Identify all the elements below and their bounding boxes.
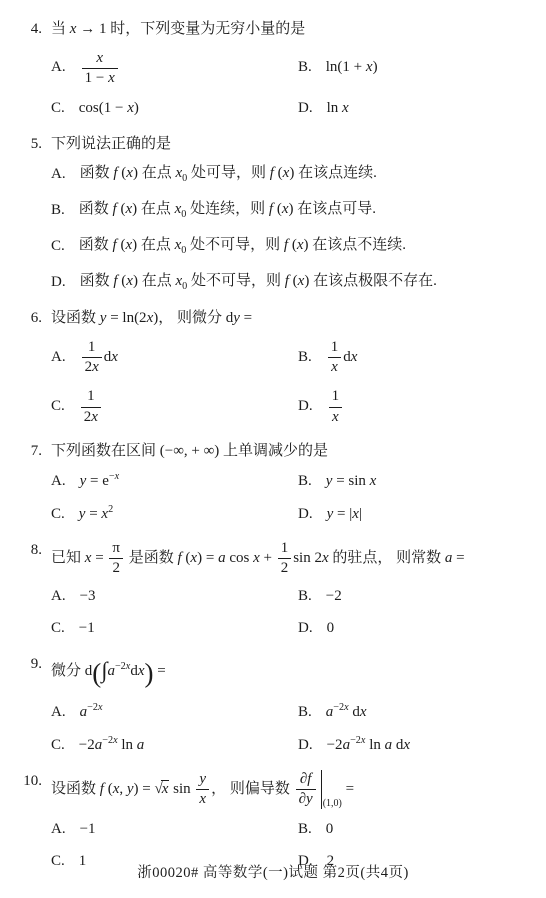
option-label: D. <box>298 504 313 526</box>
option-content: a−2x <box>80 701 103 724</box>
question-number: 7. <box>10 440 42 463</box>
option-label: D. <box>298 396 313 418</box>
option-content: y = |x| <box>327 504 362 526</box>
option-content: y = sin x <box>326 471 377 493</box>
option: D. 函数 f (x) 在点 x0 处不可导，则 f (x) 在该点极限不存在. <box>51 271 526 295</box>
question-text: 下列函数在区间 (−∞, + ∞) 上单调减少的是 <box>51 440 526 463</box>
option: D. ln x <box>298 98 526 120</box>
option: B. 函数 f (x) 在点 x0 处连续，则 f (x) 在该点可导. <box>51 199 526 223</box>
question-stem: 7. 下列函数在区间 (−∞, + ∞) 上单调减少的是 <box>10 440 526 463</box>
option-content: a−2x dx <box>326 701 367 724</box>
question-text: 设函数 f (x, y) = √x sin yx， 则偏导数 ∂f∂y(1,0)… <box>51 770 526 811</box>
option: C. 函数 f (x) 在点 x0 处不可导，则 f (x) 在该点不连续. <box>51 235 526 259</box>
option: B. ln(1 + x) <box>298 57 526 79</box>
option: D. 1x <box>298 387 526 427</box>
option-label: C. <box>51 236 65 258</box>
option-label: A. <box>51 471 66 493</box>
option-content: −2a−2x ln a dx <box>327 734 410 757</box>
question: 8. 已知 x = π2 是函数 f (x) = a cos x + 12sin… <box>10 539 526 640</box>
question-number: 10. <box>10 770 42 811</box>
option: C. cos(1 − x) <box>51 98 298 120</box>
option-content: ln(1 + x) <box>326 57 378 79</box>
option: D. 0 <box>298 618 526 640</box>
option-content: ln x <box>327 98 349 120</box>
option-content: cos(1 − x) <box>79 98 139 120</box>
question-list: 4. 当 x → 1 时，下列变量为无穷小量的是 A. x1 − x B. ln… <box>10 18 526 873</box>
option-content: 12xdx <box>80 338 118 378</box>
option-label: B. <box>298 819 312 841</box>
option: B. 0 <box>298 819 526 841</box>
option: A. 12xdx <box>51 338 298 378</box>
option-label: B. <box>298 471 312 493</box>
option-content: y = e−x <box>80 470 120 493</box>
option: B. a−2x dx <box>298 701 526 724</box>
option: A. −1 <box>51 819 298 841</box>
option-label: A. <box>51 819 66 841</box>
question-stem: 5. 下列说法正确的是 <box>10 133 526 156</box>
option-label: A. <box>51 347 66 369</box>
question-number: 8. <box>10 539 42 579</box>
page-footer: 浙00020# 高等数学(一)试题 第2页(共4页) <box>0 861 546 882</box>
question: 6. 设函数 y = ln(2x)， 则微分 dy = A. 12xdx B. … <box>10 307 526 427</box>
exam-paper: 4. 当 x → 1 时，下列变量为无穷小量的是 A. x1 − x B. ln… <box>0 0 546 898</box>
option-content: 函数 f (x) 在点 x0 处可导，则 f (x) 在该点连续. <box>80 163 377 187</box>
option: B. y = sin x <box>298 471 526 493</box>
option-list: A. x1 − x B. ln(1 + x) C. cos(1 − x) D. … <box>51 49 526 120</box>
option: C. −1 <box>51 618 298 640</box>
option-list: A. a−2x B. a−2x dx C. −2a−2x ln a D. −2a… <box>51 701 526 757</box>
option-content: 函数 f (x) 在点 x0 处连续，则 f (x) 在该点可导. <box>79 199 376 223</box>
option-label: B. <box>298 57 312 79</box>
option-content: y = x2 <box>79 503 113 526</box>
option-content: 1x <box>327 387 345 427</box>
option-content: x1 − x <box>80 49 120 89</box>
option-content: 函数 f (x) 在点 x0 处不可导，则 f (x) 在该点不连续. <box>79 235 406 259</box>
question-number: 4. <box>10 18 42 41</box>
option-list: A. 12xdx B. 1xdx C. 12x D. 1x <box>51 338 526 427</box>
question-stem: 4. 当 x → 1 时，下列变量为无穷小量的是 <box>10 18 526 41</box>
option-label: B. <box>51 200 65 222</box>
question-stem: 8. 已知 x = π2 是函数 f (x) = a cos x + 12sin… <box>10 539 526 579</box>
question-text: 下列说法正确的是 <box>51 133 526 156</box>
option: A. y = e−x <box>51 470 298 493</box>
question-text: 已知 x = π2 是函数 f (x) = a cos x + 12sin 2x… <box>51 539 526 579</box>
question-number: 9. <box>10 653 42 694</box>
option-list: A. −3 B. −2 C. −1 D. 0 <box>51 586 526 640</box>
question-text: 微分 d(∫a−2xdx) = <box>51 653 526 694</box>
option-label: C. <box>51 735 65 757</box>
option: A. 函数 f (x) 在点 x0 处可导，则 f (x) 在该点连续. <box>51 163 526 187</box>
question-stem: 6. 设函数 y = ln(2x)， 则微分 dy = <box>10 307 526 330</box>
question-stem: 10. 设函数 f (x, y) = √x sin yx， 则偏导数 ∂f∂y(… <box>10 770 526 811</box>
option-label: A. <box>51 586 66 608</box>
option: C. y = x2 <box>51 503 298 526</box>
question: 10. 设函数 f (x, y) = √x sin yx， 则偏导数 ∂f∂y(… <box>10 770 526 873</box>
option-label: C. <box>51 504 65 526</box>
option: C. 12x <box>51 387 298 427</box>
question-stem: 9. 微分 d(∫a−2xdx) = <box>10 653 526 694</box>
question-number: 6. <box>10 307 42 330</box>
option-label: B. <box>298 702 312 724</box>
option: A. −3 <box>51 586 298 608</box>
option-content: −3 <box>80 586 96 608</box>
option-label: C. <box>51 618 65 640</box>
option-label: B. <box>298 347 312 369</box>
option-content: −2a−2x ln a <box>79 734 145 757</box>
option: B. −2 <box>298 586 526 608</box>
option-content: −1 <box>80 819 96 841</box>
option-label: A. <box>51 57 66 79</box>
option-label: B. <box>298 586 312 608</box>
option-content: 0 <box>327 618 335 640</box>
option-label: D. <box>298 618 313 640</box>
option-label: D. <box>298 735 313 757</box>
option-content: −2 <box>326 586 342 608</box>
question-number: 5. <box>10 133 42 156</box>
option: A. x1 − x <box>51 49 298 89</box>
option-label: C. <box>51 98 65 120</box>
option-label: A. <box>51 164 66 186</box>
question: 5. 下列说法正确的是 A. 函数 f (x) 在点 x0 处可导，则 f (x… <box>10 133 526 295</box>
option-content: 1xdx <box>326 338 358 378</box>
option-list: A. y = e−x B. y = sin x C. y = x2 D. y =… <box>51 470 526 526</box>
option-label: D. <box>51 272 66 294</box>
option-content: 0 <box>326 819 334 841</box>
question-text: 设函数 y = ln(2x)， 则微分 dy = <box>51 307 526 330</box>
option-content: 函数 f (x) 在点 x0 处不可导，则 f (x) 在该点极限不存在. <box>80 271 437 295</box>
option-label: D. <box>298 98 313 120</box>
option: C. −2a−2x ln a <box>51 734 298 757</box>
question-text: 当 x → 1 时，下列变量为无穷小量的是 <box>51 18 526 41</box>
option-content: 12x <box>79 387 103 427</box>
option-label: A. <box>51 702 66 724</box>
option: A. a−2x <box>51 701 298 724</box>
option: B. 1xdx <box>298 338 526 378</box>
option-list: A. 函数 f (x) 在点 x0 处可导，则 f (x) 在该点连续. B. … <box>51 163 526 294</box>
question: 7. 下列函数在区间 (−∞, + ∞) 上单调减少的是 A. y = e−x … <box>10 440 526 526</box>
option-label: C. <box>51 396 65 418</box>
option: D. y = |x| <box>298 504 526 526</box>
option-content: −1 <box>79 618 95 640</box>
question: 9. 微分 d(∫a−2xdx) = A. a−2x B. a−2x dx C.… <box>10 653 526 757</box>
option: D. −2a−2x ln a dx <box>298 734 526 757</box>
question: 4. 当 x → 1 时，下列变量为无穷小量的是 A. x1 − x B. ln… <box>10 18 526 120</box>
